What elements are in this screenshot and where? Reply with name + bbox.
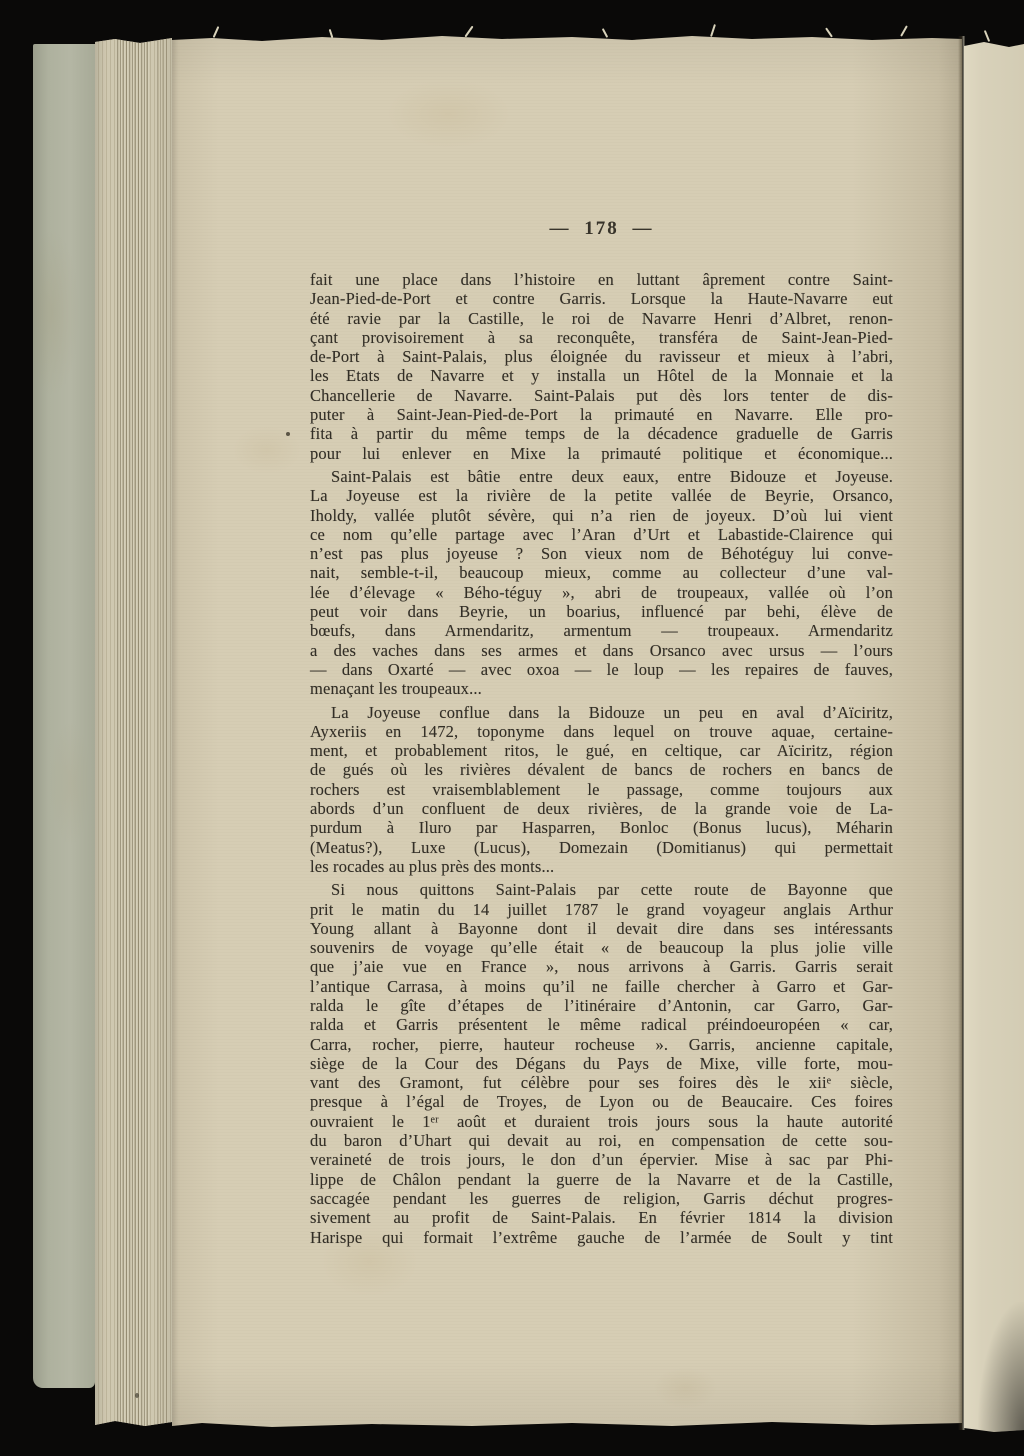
text-line: fait une place dans l’histoire en luttan… <box>310 270 893 289</box>
text-line: ment, et probablement ritos, le gué, en … <box>310 741 893 760</box>
fiber <box>464 26 473 38</box>
fiber <box>602 28 608 38</box>
text-line: fita à partir du même temps de la décade… <box>310 424 893 443</box>
text-line: bœufs, dans Armendaritz, armentum — trou… <box>310 621 893 640</box>
fiber <box>900 25 908 36</box>
main-page: — 178 — fait une place dans l’histoire e… <box>172 30 962 1430</box>
text-line: de-Port à Saint-Palais, plus éloignée du… <box>310 347 893 366</box>
text-line: ce nom qu’elle partage avec l’Aran d’Urt… <box>310 525 893 544</box>
text-line: veraineté de trois jours, le don d’un ép… <box>310 1150 893 1169</box>
paragraph: Saint-Palais est bâtie entre deux eaux, … <box>310 467 893 699</box>
gutter <box>958 36 965 1430</box>
fiber <box>329 29 334 38</box>
text-line: puter à Saint-Jean-Pied-de-Port la prima… <box>310 405 893 424</box>
text-line: Chancellerie de Navarre. Saint-Palais pu… <box>310 386 893 405</box>
text-line: La Joyeuse conflue dans la Bidouze un pe… <box>310 703 893 722</box>
text-line: La Joyeuse est la rivière de la petite v… <box>310 486 893 505</box>
text-line: a des vaches dans ses armes et dans Orsa… <box>310 641 893 660</box>
text-line: Carra, rocher, pierre, hauteur rocheuse … <box>310 1035 893 1054</box>
text-line: nait, semble-t-il, beaucoup mieux, comme… <box>310 563 893 582</box>
text-line: rochers est vraisemblablement le passage… <box>310 780 893 799</box>
fiber <box>825 27 833 37</box>
text-line: Iholdy, vallée plutôt sévère, qui n’a ri… <box>310 506 893 525</box>
paragraph: La Joyeuse conflue dans la Bidouze un pe… <box>310 703 893 877</box>
text-line: abords d’un confluent de deux rivières, … <box>310 799 893 818</box>
text-line: — dans Oxarté — avec oxoa — le loup — le… <box>310 660 893 679</box>
text-line: l’antique Carrasa, à moins qu’il ne fail… <box>310 977 893 996</box>
text-line: Ayxeriis en 1472, toponyme dans lequel o… <box>310 722 893 741</box>
paragraph: Si nous quittons Saint-Palais par cette … <box>310 880 893 1247</box>
fiber <box>213 26 220 38</box>
text-line: pour lui enlever en Mixe la primauté pol… <box>310 444 893 463</box>
text-line: siège de la Cour des Dégans du Pays de M… <box>310 1054 893 1073</box>
text-line: çant provisoirement à sa reconquête, tra… <box>310 328 893 347</box>
text-line: saccagée pendant les guerres de religion… <box>310 1189 893 1208</box>
ink-speck <box>286 432 290 436</box>
text-line: (Meatus?), Luxe (Lucus), Domezain (Domit… <box>310 838 893 857</box>
text-line: purdum à Iluro par Hasparren, Bonloc (Bo… <box>310 818 893 837</box>
text-line: souvenirs de voyage qu’elle était « de b… <box>310 938 893 957</box>
text-line: presque à l’égal de Troyes, de Lyon ou d… <box>310 1092 893 1111</box>
text-block: fait une place dans l’histoire en luttan… <box>310 270 893 1247</box>
text-line: les rocades au plus près des monts... <box>310 857 893 876</box>
text-line: peut voir dans Beyrie, un boarius, influ… <box>310 602 893 621</box>
text-line: du baron d’Uhart qui devait au roi, en c… <box>310 1131 893 1150</box>
text-line: Young allant à Bayonne dont il devait di… <box>310 919 893 938</box>
text-line: lippe de Châlon pendant la guerre de la … <box>310 1170 893 1189</box>
page-number: — 178 — <box>310 218 893 240</box>
text-line: de gués où les rivières dévalent de banc… <box>310 760 893 779</box>
text-line: ouvraient le 1ᵉʳ août et duraient trois … <box>310 1112 893 1131</box>
text-line: menaçant les troupeaux... <box>310 679 893 698</box>
fiber <box>984 30 990 42</box>
text-line: été ravie par la Castille, le roi de Nav… <box>310 309 893 328</box>
text-line: Harispe qui formait l’extrême gauche de … <box>310 1228 893 1247</box>
text-line: vant des Gramont, fut célèbre pour ses f… <box>310 1073 893 1092</box>
page-stack-edges <box>95 36 172 1428</box>
text-line: les Etats de Navarre et y installa un Hô… <box>310 366 893 385</box>
text-line: Jean-Pied-de-Port et contre Garris. Lors… <box>310 289 893 308</box>
fiber <box>710 24 716 37</box>
ink-speck <box>135 1393 139 1398</box>
text-line: ralda le gîte d’étapes de l’itinéraire d… <box>310 996 893 1015</box>
text-line: lée d’élevage « Bého-téguy », abri de tr… <box>310 583 893 602</box>
left-cover-edge <box>33 44 95 1388</box>
text-line: ralda et Garris présentent le même radic… <box>310 1015 893 1034</box>
text-line: n’est pas plus joyeuse ? Son vieux nom d… <box>310 544 893 563</box>
paragraph: fait une place dans l’histoire en luttan… <box>310 270 893 463</box>
text-line: prit le matin du 14 juillet 1787 le gran… <box>310 900 893 919</box>
text-line: que j’aie vue en France », nous arrivons… <box>310 957 893 976</box>
right-page-edge <box>964 42 1024 1432</box>
text-line: Si nous quittons Saint-Palais par cette … <box>310 880 893 899</box>
text-line: sivement au profit de Saint-Palais. En f… <box>310 1208 893 1227</box>
text-line: Saint-Palais est bâtie entre deux eaux, … <box>310 467 893 486</box>
